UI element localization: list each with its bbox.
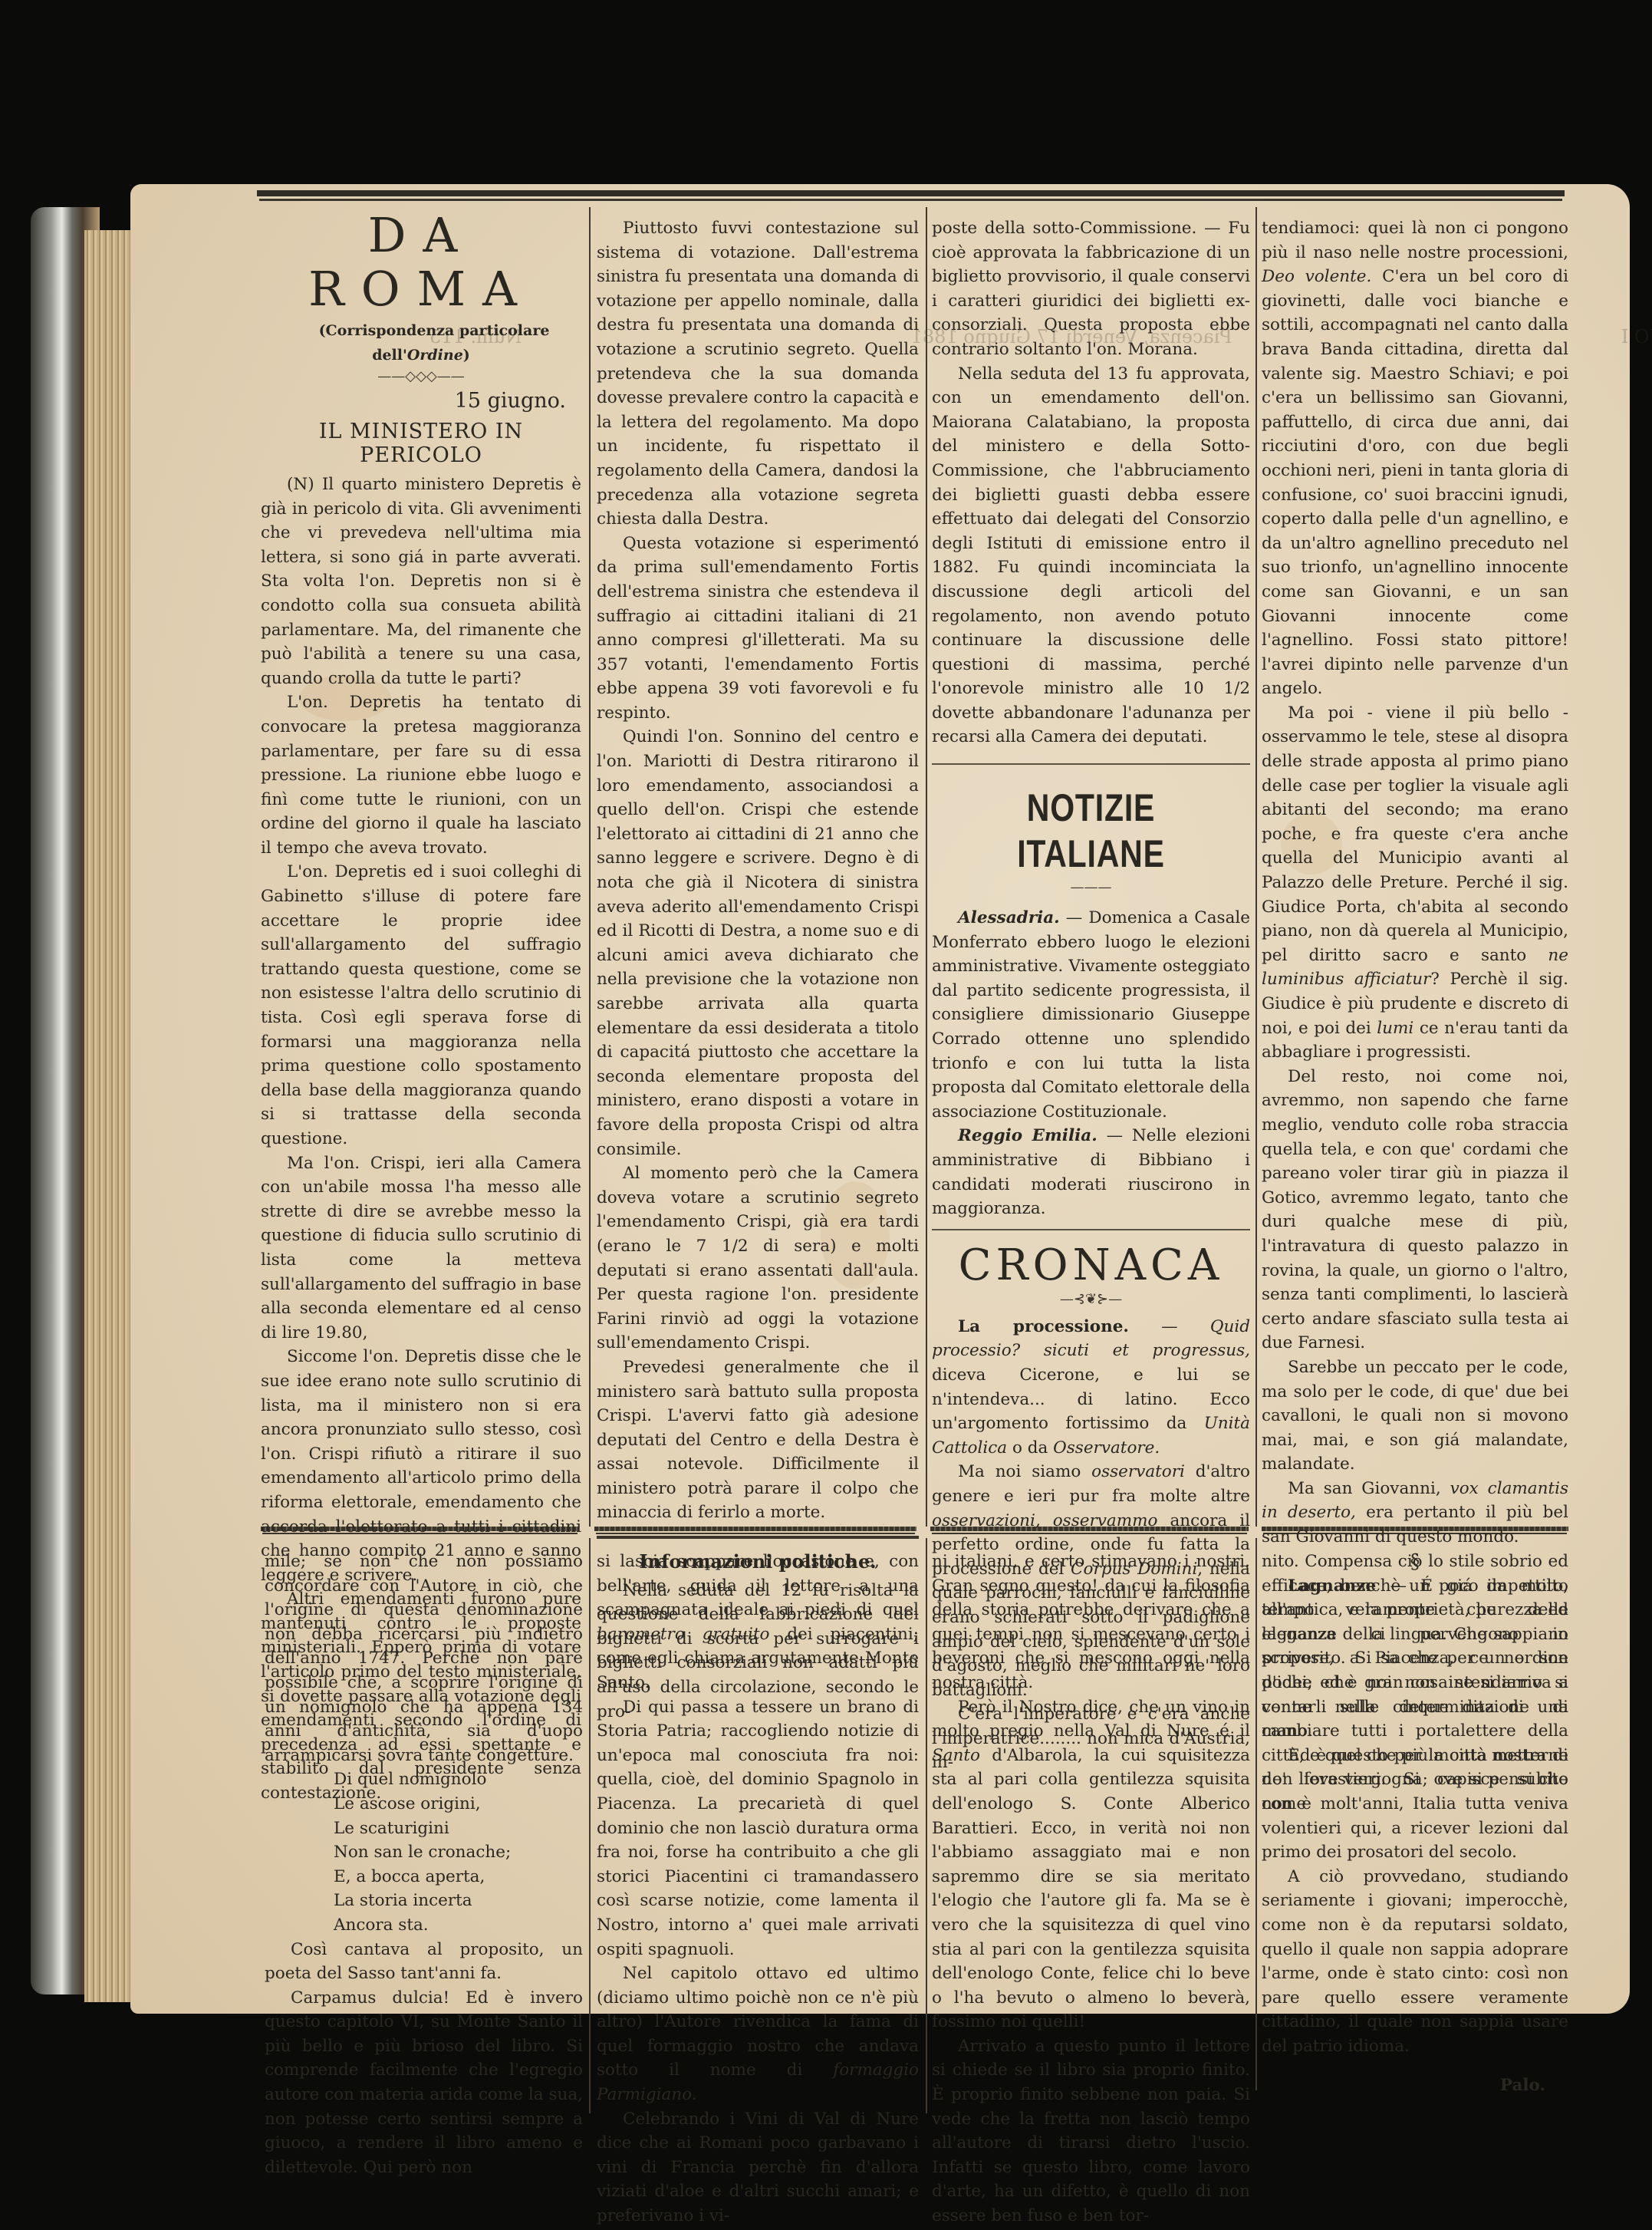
review-paragraph: Così cantava al proposito, un poeta del … [265,1938,583,1986]
column-divider [1255,207,1257,1527]
section-title-cronaca: CRONACA [932,1241,1250,1290]
column-2-top: Piuttosto fuvvi contestazione sul sistem… [597,216,919,1724]
article-paragraph: poste della sotto-Commissione. — Fu cioè… [932,216,1250,362]
column-divider [589,1538,591,2113]
review-paragraph: Ed è questo per la città nostra di non l… [1262,1744,1568,1865]
news-item-alessandria: Alessadria. — Domenica a Casale Monferra… [932,906,1250,1124]
review-paragraph: mile; se non che non possiamo concordare… [265,1550,583,1767]
article-paragraph: Del resto, noi come noi, avremmo, non sa… [1262,1065,1568,1355]
article-paragraph: Al momento però che la Camera doveva vot… [597,1161,919,1355]
article-paragraph: Nella seduta del 13 fu approvata, con un… [932,362,1250,750]
article-paragraph: Sarebbe un peccato per le code, ma solo … [1262,1355,1568,1477]
article-paragraph: Prevedesi generalmente che il ministero … [597,1355,919,1525]
article-paragraph: tendiamoci: quei là non ci pongono più i… [1262,216,1568,701]
article-paragraph: Ma poi - viene il più bello - osservammo… [1262,701,1568,1065]
section-rule [597,1536,919,1539]
section-rule [932,763,1250,765]
review-paragraph: Però il Nostro dice, che un vino in molt… [932,1695,1250,2034]
dateline: 15 giugno. [261,389,566,413]
review-paragraph: ni italiani, e certo stimavano i nostri.… [932,1550,1250,1695]
news-item-reggio-emilia: Reggio Emilia. — Nelle elezioni amminist… [932,1124,1250,1220]
section-rule [932,1229,1250,1230]
column-4-bottom: nito. Compensa ciò lo stile sobrio ed ef… [1262,1550,1568,2098]
ornament-divider: ——◇◇◇—— [261,369,581,384]
column-3-bottom: ni italiani, e certo stimavano i nostri.… [932,1550,1250,2228]
column-1-bottom: mile; se non che non possiamo concordare… [265,1550,583,2179]
section-subtitle: (Corrispondenza particolare dell'Ordine) [261,319,581,367]
article-paragraph: L'on. Depretis ha tentato di convocare l… [261,690,581,860]
masthead-double-rule [257,190,1565,199]
review-paragraph: si lascia scappare l'occasione e, con be… [597,1550,919,1695]
review-paragraph: A ciò provvedano, studiando seriamente i… [1262,1865,1568,2059]
review-paragraph: Carpamus dulcia! Ed è invero questo capi… [265,1986,583,2180]
article-paragraph: L'on. Depretis ed i suoi colleghi di Gab… [261,860,581,1151]
review-paragraph: Arrivato a questo punto il lettore si ch… [932,2034,1250,2228]
section-title-notizie-italiane: NOTIZIE ITALIANE [960,785,1221,877]
section-title-da-roma: DA ROMA [261,209,581,316]
column-divider [589,207,591,1527]
article-paragraph: Quindi l'on. Sonnino del centro e l'on. … [597,725,919,1161]
review-paragraph: Nel capitolo ottavo ed ultimo (diciamo u… [597,1962,919,2107]
column-divider [926,207,927,1527]
column-2-bottom: si lascia scappare l'occasione e, con be… [597,1550,919,2228]
ornament-divider: ——— [932,880,1250,895]
review-paragraph: Di qui passa a tessere un brano di Stori… [597,1695,919,1962]
review-paragraph: Celebrando i Vini di Val di Nure dice ch… [597,2107,919,2228]
article-paragraph: Piuttosto fuvvi contestazione sul sistem… [597,216,919,532]
article-paragraph: (N) Il quarto ministero Depretis è già i… [261,473,581,690]
article-paragraph: Ma san Giovanni, vox clamantis in desert… [1262,1477,1568,1550]
page-edges [84,230,130,2002]
poem-verse: Di quel nomignolo Le ascose origini, Le … [334,1767,583,1937]
article-headline: IL MINISTERO IN PERICOLO [261,420,581,468]
column-divider [926,1538,927,2113]
article-paragraph: Ma l'on. Crispi, ieri alla Camera con un… [261,1151,581,1346]
review-paragraph: nito. Compensa ciò lo stile sobrio ed ef… [1262,1550,1568,1744]
author-signature: Palo. [1262,2074,1568,2098]
column-divider [1255,1538,1257,2090]
article-paragraph: Questa votazione si esperimentó da prima… [597,532,919,726]
cronaca-processione: La processione. — Quid processio? sicuti… [932,1315,1250,1461]
column-3-top: poste della sotto-Commissione. — Fu cioè… [932,216,1250,1775]
ornament-divider: —⊰❦⊱— [932,1292,1250,1307]
